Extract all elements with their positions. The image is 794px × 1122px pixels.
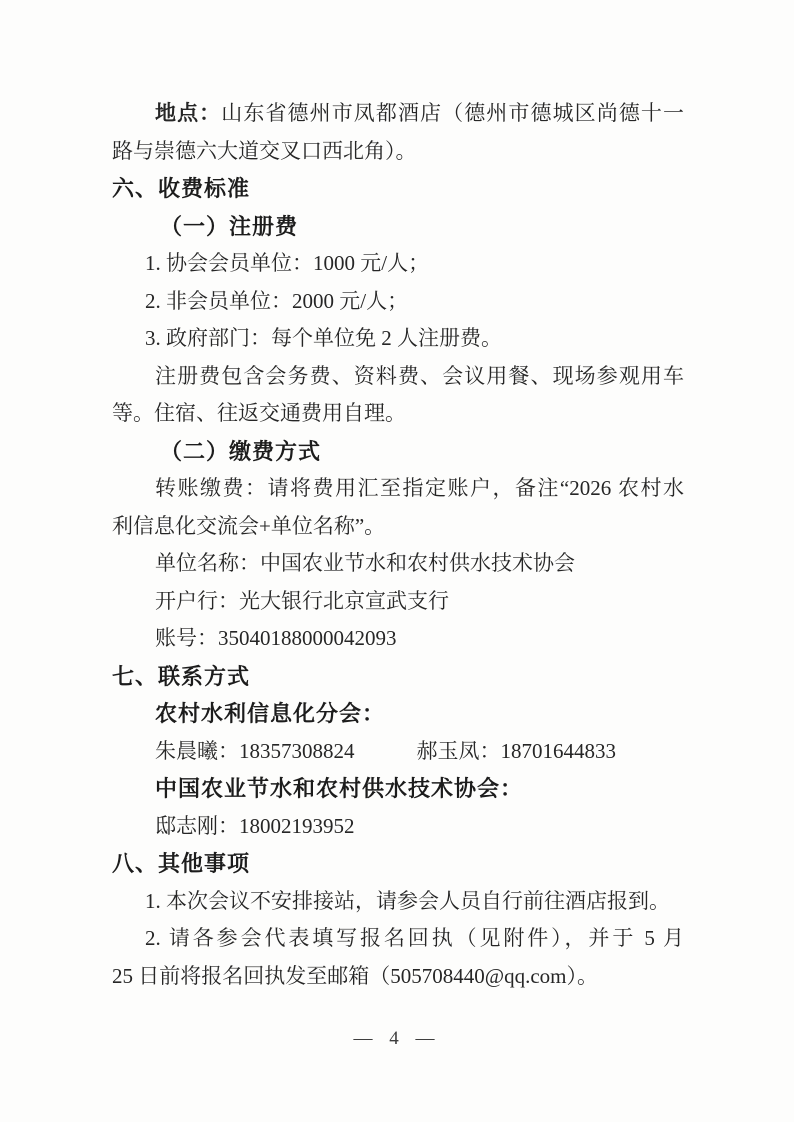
registration-fee-subheading: （一）注册费 <box>112 208 684 246</box>
registration-item-government: 3. 政府部门：每个单位免 2 人注册费。 <box>112 320 684 358</box>
location-text-1: 山东省德州市凤都酒店（德州市德城区尚德十一 <box>221 101 684 125</box>
page-number: — 4 — <box>0 1020 794 1058</box>
document-page: 地点：山东省德州市凤都酒店（德州市德城区尚德十一 路与崇德六大道交叉口西北角）。… <box>0 0 794 1122</box>
transfer-line-1: 转账缴费：请将费用汇至指定账户，备注“2026 农村水 <box>112 470 684 508</box>
payment-method-subheading: （二）缴费方式 <box>112 433 684 471</box>
branch-contact-title: 农村水利信息化分会： <box>112 695 684 733</box>
contact-di-zhigang: 邸志刚：18002193952 <box>112 808 684 846</box>
association-contact-title: 中国农业节水和农村供水技术协会： <box>112 770 684 808</box>
registration-note-line-2: 等。住宿、往返交通费用自理。 <box>112 395 684 433</box>
payee-account-number: 账号：35040188000042093 <box>112 620 684 658</box>
location-line-2: 路与崇德六大道交叉口西北角）。 <box>112 133 684 171</box>
transfer-line-2: 利信息化交流会+单位名称”。 <box>112 508 684 546</box>
other-item-1: 1. 本次会议不安排接站，请参会人员自行前往酒店报到。 <box>112 883 684 921</box>
location-label: 地点： <box>155 101 221 125</box>
registration-note-line-1: 注册费包含会务费、资料费、会议用餐、现场参观用车 <box>112 358 684 396</box>
contact-zhu-chenxi: 朱晨曦：18357308824 <box>155 739 355 763</box>
other-item-2-line-2: 25 日前将报名回执发至邮箱（505708440@qq.com）。 <box>112 958 684 996</box>
location-line-1: 地点：山东省德州市凤都酒店（德州市德城区尚德十一 <box>112 95 684 133</box>
section-fees-heading: 六、收费标准 <box>112 170 684 208</box>
payee-account-name: 单位名称：中国农业节水和农村供水技术协会 <box>112 545 684 583</box>
registration-item-member: 1. 协会会员单位：1000 元/人； <box>112 245 684 283</box>
section-other-heading: 八、其他事项 <box>112 845 684 883</box>
contact-hao-yufeng: 郝玉凤：18701644833 <box>417 739 617 763</box>
document-body: 地点：山东省德州市凤都酒店（德州市德城区尚德十一 路与崇德六大道交叉口西北角）。… <box>112 95 684 995</box>
section-contacts-heading: 七、联系方式 <box>112 658 684 696</box>
registration-item-nonmember: 2. 非会员单位：2000 元/人； <box>112 283 684 321</box>
payee-bank: 开户行：光大银行北京宣武支行 <box>112 583 684 621</box>
other-item-2-line-1: 2. 请各参会代表填写报名回执（见附件），并于 5 月 <box>112 920 684 958</box>
branch-contacts-line: 朱晨曦：18357308824郝玉凤：18701644833 <box>112 733 684 771</box>
